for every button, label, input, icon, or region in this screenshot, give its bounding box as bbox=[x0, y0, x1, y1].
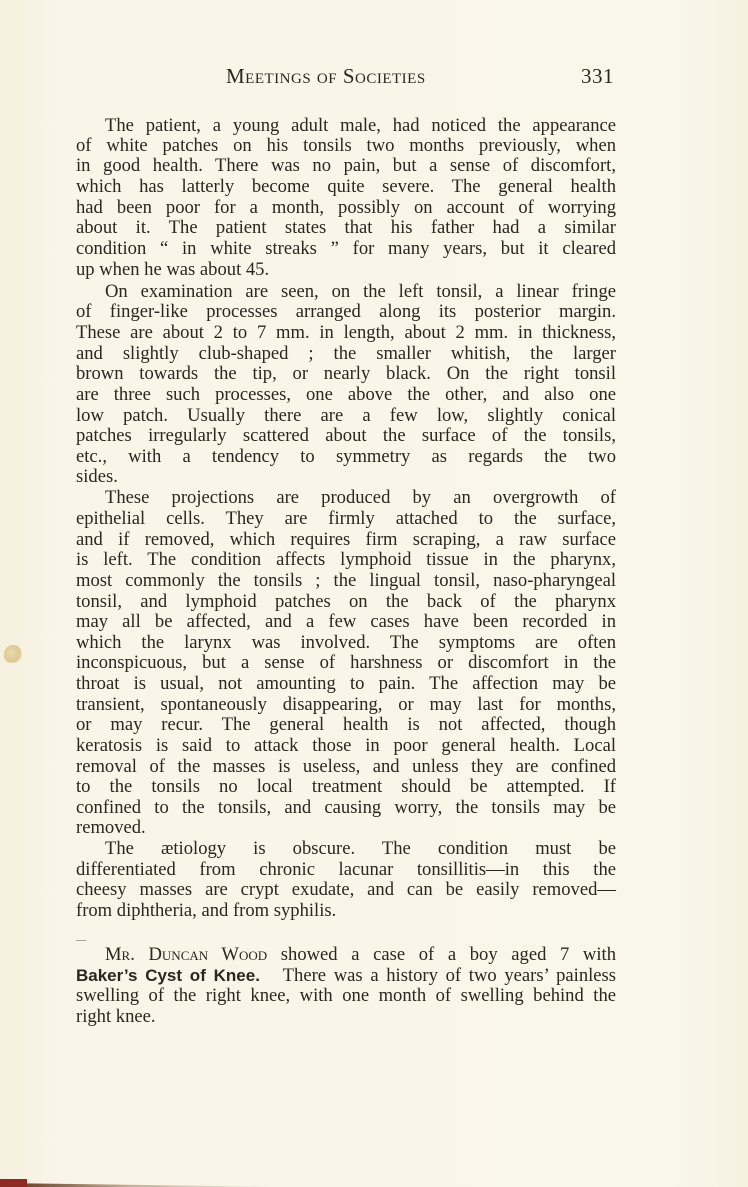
text-line: brown towards the tip, or nearly black. … bbox=[76, 364, 616, 384]
text-line: right knee. bbox=[76, 1007, 616, 1027]
text-line: tonsil, and lymphoid patches on the back… bbox=[76, 592, 616, 612]
text-line: low patch. Usually there are a few low, … bbox=[76, 406, 616, 426]
text-line: The ætiology is obscure. The condition m… bbox=[105, 839, 616, 859]
text-line: inconspicuous, but a sense of harshness … bbox=[76, 653, 616, 673]
text-line: removed. bbox=[76, 818, 616, 838]
text-line: Mr. Duncan Wood showed a case of a boy a… bbox=[105, 945, 616, 965]
text-line: up when he was about 45. bbox=[76, 260, 616, 280]
text-line: differentiated from chronic lacunar tons… bbox=[76, 860, 616, 880]
text-line: transient, spontaneously disappearing, o… bbox=[76, 695, 616, 715]
text-line: The patient, a young adult male, had not… bbox=[105, 116, 616, 136]
text-span: There was a history of two years’ painle… bbox=[283, 965, 616, 986]
text-line: patches irregularly scattered about the … bbox=[76, 426, 616, 446]
text-line: These projections are produced by an ove… bbox=[105, 488, 616, 508]
text-line: These are about 2 to 7 mm. in length, ab… bbox=[76, 323, 616, 343]
running-title: Meetings of Societies bbox=[226, 64, 426, 89]
text-line: from diphtheria, and from syphilis. bbox=[76, 901, 616, 921]
text-line: cheesy masses are crypt exudate, and can… bbox=[76, 880, 616, 900]
page-curl-shadow bbox=[27, 1181, 287, 1187]
text-line: which the larynx was involved. The sympt… bbox=[76, 633, 616, 653]
text-line: keratosis is said to attack those in poo… bbox=[76, 736, 616, 756]
text-line: of finger-like processes arranged along … bbox=[76, 302, 616, 322]
book-edge bbox=[0, 1173, 748, 1187]
paper-stain bbox=[4, 645, 22, 663]
text-line: condition “ in white streaks ” for many … bbox=[76, 239, 616, 259]
text-line: most commonly the tonsils ; the lingual … bbox=[76, 571, 616, 591]
running-head: Meetings of Societies 331 bbox=[226, 64, 614, 94]
text-span: showed a case of a boy aged 7 with bbox=[267, 944, 616, 965]
text-line: epithelial cells. They are firmly attach… bbox=[76, 509, 616, 529]
text-line: may all be affected, and a few cases hav… bbox=[76, 612, 616, 632]
text-line: about it. The patient states that his fa… bbox=[76, 218, 616, 238]
text-line: of white patches on his tonsils two mont… bbox=[76, 136, 616, 156]
text-line: sides. bbox=[76, 467, 616, 487]
text-line: had been poor for a month, possibly on a… bbox=[76, 198, 616, 218]
text-line: which has latterly become quite severe. … bbox=[76, 177, 616, 197]
ribbon-marker bbox=[0, 1179, 27, 1187]
text-line: and slightly club-shaped ; the smaller w… bbox=[76, 344, 616, 364]
text-line: is left. The condition affects lymphoid … bbox=[76, 550, 616, 570]
text-line: On examination are seen, on the left ton… bbox=[105, 282, 616, 302]
book-page: Meetings of Societies 331 The patient, a… bbox=[0, 0, 748, 1187]
text-line: Baker’s Cyst of Knee. There was a histor… bbox=[76, 966, 616, 986]
text-line: and if removed, which requires firm scra… bbox=[76, 530, 616, 550]
case-heading: Baker’s Cyst of Knee. bbox=[76, 966, 260, 985]
text-line: swelling of the right knee, with one mon… bbox=[76, 986, 616, 1006]
text-line: throat is usual, not amounting to pain. … bbox=[76, 674, 616, 694]
text-line: to the tonsils no local treatment should… bbox=[76, 777, 616, 797]
text-line: confined to the tonsils, and causing wor… bbox=[76, 798, 616, 818]
text-line: or may recur. The general health is not … bbox=[76, 715, 616, 735]
text-line: in good health. There was no pain, but a… bbox=[76, 156, 616, 176]
text-line: removal of the masses is useless, and un… bbox=[76, 757, 616, 777]
text-line: etc., with a tendency to symmetry as reg… bbox=[76, 447, 616, 467]
pencil-mark bbox=[76, 940, 86, 944]
page-number: 331 bbox=[581, 64, 614, 89]
text-line: are three such processes, one above the … bbox=[76, 385, 616, 405]
speaker-name: Mr. Duncan Wood bbox=[105, 944, 267, 965]
